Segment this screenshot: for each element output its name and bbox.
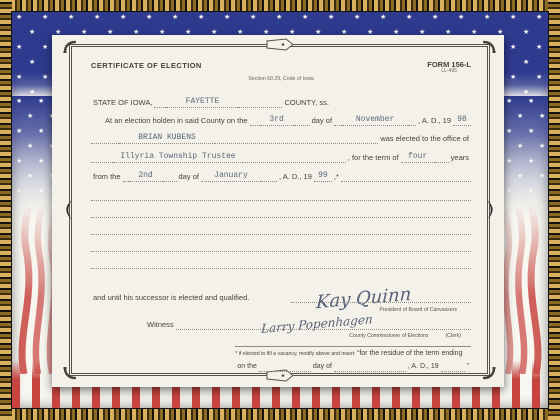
- flag-mat: ★★★★★★★★★★★★★★★★★★★★★★★★★★★★★★★★★★★★★★★★…: [12, 12, 548, 408]
- election-date-line: At an election holden in said County on …: [91, 115, 471, 126]
- footnote-close-quote: ”: [465, 363, 471, 372]
- printed-border: CERTIFICATE OF ELECTION FORM 156-L LL-49…: [69, 44, 490, 376]
- term-entry: four: [401, 152, 435, 163]
- frame-border-bottom: [0, 408, 560, 420]
- framed-certificate-photo: ★★★★★★★★★★★★★★★★★★★★★★★★★★★★★★★★★★★★★★★★…: [0, 0, 560, 420]
- feather-ornament-left: [62, 200, 74, 220]
- frame-border-right: [548, 0, 560, 420]
- county-entry: FAYETTE: [166, 97, 238, 108]
- from-month-entry: January: [201, 171, 261, 182]
- successor-clause: and until his successor is elected and q…: [91, 293, 251, 302]
- blank-ruled-line: [91, 209, 471, 218]
- certificate-paper: CERTIFICATE OF ELECTION FORM 156-L LL-49…: [52, 35, 504, 387]
- clerk-paren-caption: (Clerk): [445, 333, 461, 339]
- corner-flourish-bottom-right: [483, 367, 497, 381]
- county-suffix-label: COUNTY, ss.: [282, 98, 330, 107]
- frame-border-top: [0, 0, 560, 12]
- footnote-text: * if elected to fill a vacancy, modify a…: [235, 351, 355, 357]
- election-day-entry: 3rd: [260, 115, 294, 126]
- frame-border-left: [0, 0, 12, 420]
- feather-ornament-right: [485, 200, 497, 220]
- from-year-entry: 99: [314, 171, 332, 182]
- statute-reference: Section 50.29, Code of Iowa: [91, 76, 471, 82]
- footnote-block: * if elected to fill a vacancy, modify a…: [235, 346, 471, 372]
- blank-ruled-line: [91, 226, 471, 235]
- form-number-block: FORM 156-L LL-495: [427, 61, 471, 75]
- footnote-quote: “for the residue of the term ending: [357, 350, 462, 357]
- president-signature-area: Kay Quinn and until his successor is ele…: [91, 273, 471, 313]
- state-label: STATE OF IOWA,: [91, 98, 154, 107]
- certificate-content: CERTIFICATE OF ELECTION FORM 156-L LL-49…: [91, 61, 471, 359]
- corner-flourish-top-left: [62, 39, 76, 53]
- certificate-title: CERTIFICATE OF ELECTION: [91, 61, 202, 70]
- blank-ruled-line: [91, 243, 471, 252]
- election-year-entry: 98: [453, 115, 471, 126]
- election-month-entry: November: [342, 115, 408, 126]
- office-term-line: Illyria Township Trustee , for the term …: [91, 152, 471, 163]
- blank-ruled-line: [91, 192, 471, 201]
- corner-flourish-top-right: [483, 39, 497, 53]
- state-county-line: STATE OF IOWA, FAYETTE COUNTY, ss.: [91, 97, 471, 108]
- witness-label: Witness: [91, 320, 176, 329]
- clerk-title-caption: County Commissioner of Elections: [349, 333, 428, 339]
- corner-flourish-bottom-left: [62, 367, 76, 381]
- blank-ruled-line: [91, 260, 471, 269]
- term-start-line: from the 2nd day of January , A. D., 19 …: [91, 171, 471, 182]
- office-entry: Illyria Township Trustee: [113, 152, 243, 163]
- from-day-entry: 2nd: [129, 171, 163, 182]
- form-code: LL-495: [427, 69, 471, 75]
- footnote-date-line: on the day of , A. D., 19 ”: [235, 363, 471, 372]
- elected-name-line: BRIAN KUBENS was elected to the office o…: [91, 133, 471, 144]
- name-entry: BRIAN KUBENS: [119, 133, 215, 144]
- witness-signature-area: Larry Popenhagen Witness County Commissi…: [91, 313, 471, 339]
- tag-ornament-top: [266, 38, 294, 51]
- certificate-header: CERTIFICATE OF ELECTION FORM 156-L LL-49…: [91, 61, 471, 75]
